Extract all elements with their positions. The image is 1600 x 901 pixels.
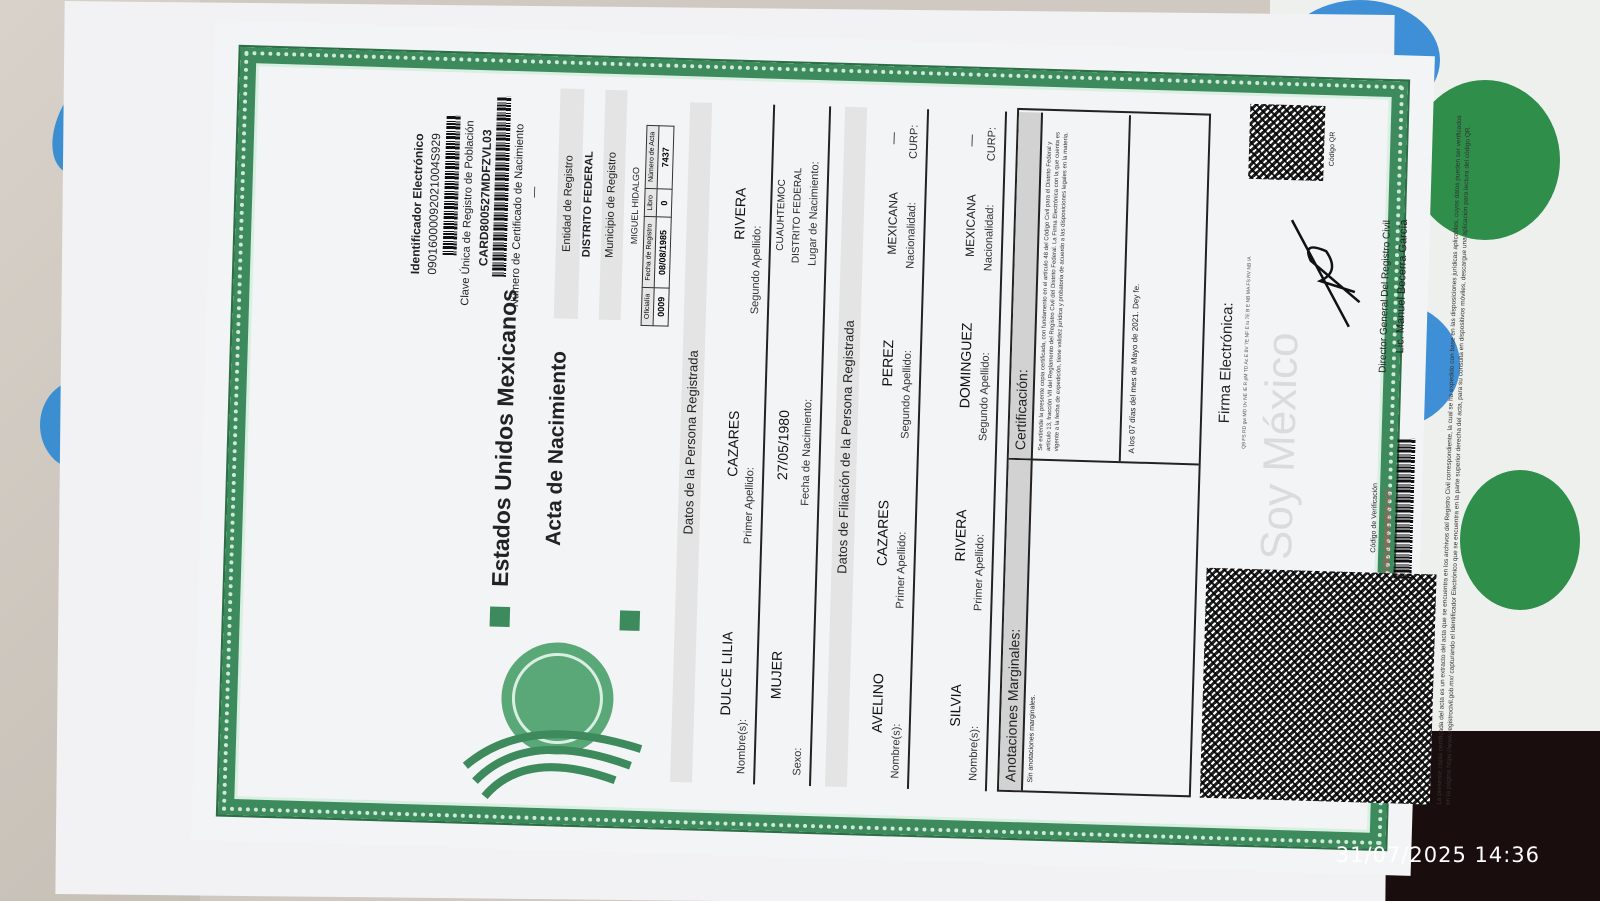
large-qr-code[interactable] <box>1200 568 1437 805</box>
padre-primer-apellido: CAZARES <box>872 448 893 618</box>
padre-nombre: AVELINO <box>867 618 888 788</box>
curp-barcode <box>492 96 511 276</box>
certificacion-title: Certificación: <box>1012 369 1030 450</box>
mexican-coat-of-arms-seal-icon <box>444 595 670 821</box>
label-segundo-apellido: Segundo Apellido: <box>899 350 914 439</box>
country-title: Estados Unidos Mexicanos <box>487 307 522 588</box>
birth-certificate-page: Estados Unidos Mexicanos Acta de Nacimie… <box>191 20 1435 876</box>
label-nombre: Nombre(s): <box>967 726 981 781</box>
qr-label: Código QR <box>1329 132 1337 167</box>
madre-curp: — <box>963 110 979 170</box>
certificado-value: — <box>528 186 540 197</box>
filiacion-section-title: Datos de Filiación de la Persona Registr… <box>828 107 863 787</box>
oficialia-value: 0009 <box>653 287 669 326</box>
label-nombre: Nombre(s): <box>735 719 749 774</box>
label-segundo-apellido: Segundo Apellido: <box>749 225 764 314</box>
certificacion-fecha: A los 07 días del mes de Mayo de 2021. D… <box>1127 284 1141 454</box>
anotaciones-certificacion-box: Anotaciones Marginales: Sin anotaciones … <box>997 108 1211 797</box>
photo-timestamp: 31/07/2025 14:36 <box>1336 843 1540 867</box>
label-primer-apellido: Primer Apellido: <box>972 534 986 611</box>
table-header: Libro <box>644 188 657 217</box>
identificador-label: Identificador Electrónico <box>408 133 426 274</box>
signature-icon <box>1279 210 1373 333</box>
label-curp: CURP: <box>908 124 921 159</box>
label-fecha-nacimiento: Fecha de Nacimiento: <box>799 399 814 506</box>
madre-segundo-apellido: DOMINGUEZ <box>955 280 976 450</box>
identificador-barcode <box>443 115 461 255</box>
registro-table: OficialíaFecha de RegistroLibroNúmero de… <box>641 125 675 327</box>
document-title: Acta de Nacimiento <box>541 308 573 589</box>
identificador-value: 09016000092021004S929 <box>425 133 443 275</box>
verificacion-barcode <box>1393 438 1415 578</box>
padre-curp: — <box>885 108 901 168</box>
persona-segundo-apellido: RIVERA <box>731 187 749 240</box>
persona-fecha-nacimiento: 27/05/1980 <box>774 410 792 481</box>
curp-label: Clave Única de Registro de Población <box>459 120 476 306</box>
libro-value: 0 <box>656 189 672 218</box>
label-nacionalidad: Nacionalidad: <box>904 202 918 269</box>
small-qr-code[interactable] <box>1248 104 1325 181</box>
label-sexo: Sexo: <box>791 747 804 775</box>
persona-lugar-line1: CUAUHTEMOC <box>773 105 791 325</box>
padre-nacionalidad: MEXICANA <box>884 168 901 278</box>
madre-nacionalidad: MEXICANA <box>962 170 979 280</box>
label-nombre: Nombre(s): <box>889 723 903 778</box>
padre-segundo-apellido: PEREZ <box>877 278 898 448</box>
persona-lugar-line2: DISTRITO FEDERAL <box>789 105 807 325</box>
label-primer-apellido: Primer Apellido: <box>742 467 756 544</box>
label-primer-apellido: Primer Apellido: <box>894 531 908 608</box>
madre-nombre: SILVIA <box>945 620 966 790</box>
label-curp: CURP: <box>986 127 999 162</box>
anotaciones-text: Sin anotaciones marginales. <box>1027 695 1037 783</box>
label-nacionalidad: Nacionalidad: <box>982 204 996 271</box>
curp-value: CARD800527MDFZVL03 <box>476 129 494 266</box>
fecha-registro-value: 08/08/1985 <box>654 217 671 288</box>
director-nombre: Lic. Manuel Becerra García <box>1394 219 1410 353</box>
persona-nombre: DULCE LILIA <box>717 631 735 715</box>
firma-title: Firma Electrónica: <box>1216 302 1237 423</box>
persona-section-title: Datos de la Persona Registrada <box>673 102 708 782</box>
label-lugar-nacimiento: Lugar de Nacimiento: <box>806 161 821 266</box>
persona-primer-apellido: CAZARES <box>724 410 742 477</box>
label-segundo-apellido: Segundo Apellido: <box>977 352 992 441</box>
certificacion-text: Se extiende la presente copia certificad… <box>1037 121 1071 452</box>
numero-acta-value: 7437 <box>657 126 674 190</box>
soy-mexico-watermark: Soy México <box>1252 332 1309 561</box>
certificado-label: Número de Certificado de Nacimiento <box>509 124 526 308</box>
divider <box>1009 458 1199 466</box>
firma-digital-string: Q9 FS RD gw MD Uv NE IE R pM TD Ac E 8V … <box>1240 229 1255 449</box>
cloth-leaf-green <box>1460 470 1580 610</box>
madre-primer-apellido: RIVERA <box>950 450 971 620</box>
persona-sexo: MUJER <box>768 651 785 700</box>
